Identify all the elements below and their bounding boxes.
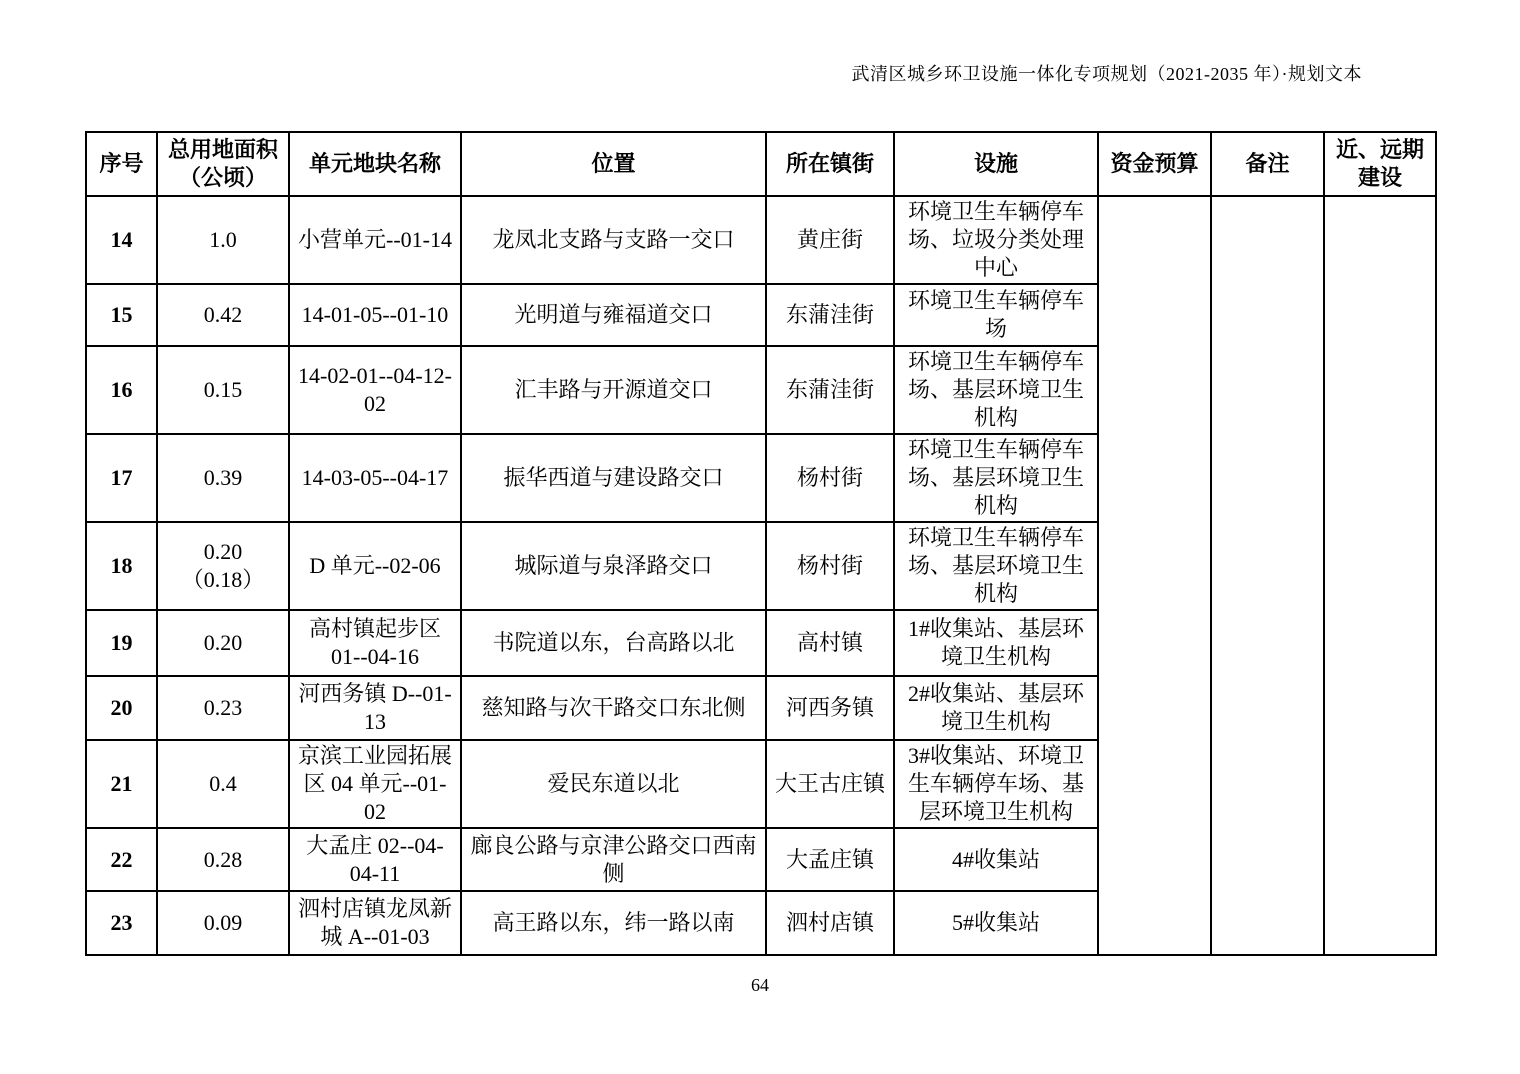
cell-location: 慈知路与次干路交口东北侧: [461, 676, 766, 740]
cell-no: 19: [86, 610, 157, 676]
cell-name: 河西务镇 D--01-13: [289, 676, 461, 740]
cell-facility: 4#收集站: [894, 828, 1098, 891]
cell-name: 小营单元--01-14: [289, 196, 461, 284]
header-unit-plot-name: 单元地块名称: [289, 132, 461, 196]
cell-area: 0.28: [157, 828, 289, 891]
table-header-row: 序号 总用地面积 （公顷） 单元地块名称 位置 所在镇街 设施 资金预算 备注 …: [86, 132, 1436, 196]
header-serial-number: 序号: [86, 132, 157, 196]
header-budget: 资金预算: [1098, 132, 1211, 196]
cell-location: 高王路以东，纬一路以南: [461, 891, 766, 955]
cell-location: 廊良公路与京津公路交口西南侧: [461, 828, 766, 891]
cell-location: 爱民东道以北: [461, 740, 766, 828]
cell-no: 23: [86, 891, 157, 955]
header-facility: 设施: [894, 132, 1098, 196]
header-remarks: 备注: [1211, 132, 1324, 196]
cell-no: 17: [86, 434, 157, 522]
cell-no: 16: [86, 346, 157, 434]
cell-town: 东蒲洼街: [766, 284, 894, 346]
cell-area: 0.4: [157, 740, 289, 828]
cell-area: 1.0: [157, 196, 289, 284]
cell-location: 城际道与泉泽路交口: [461, 522, 766, 610]
cell-location: 龙凤北支路与支路一交口: [461, 196, 766, 284]
cell-name: 京滨工业园拓展区 04 单元--01-02: [289, 740, 461, 828]
cell-remarks-merged: [1211, 196, 1324, 955]
cell-no: 20: [86, 676, 157, 740]
cell-facility: 环境卫生车辆停车场、基层环境卫生机构: [894, 434, 1098, 522]
header-phase: 近、远期 建设: [1324, 132, 1436, 196]
document-page: 武清区城乡环卫设施一体化专项规划（2021-2035 年）·规划文本 序号 总用…: [0, 0, 1520, 1074]
cell-name: 高村镇起步区 01--04-16: [289, 610, 461, 676]
cell-no: 21: [86, 740, 157, 828]
header-total-land-area: 总用地面积 （公顷）: [157, 132, 289, 196]
cell-name: 14-03-05--04-17: [289, 434, 461, 522]
cell-location: 光明道与雍福道交口: [461, 284, 766, 346]
cell-no: 14: [86, 196, 157, 284]
cell-facility: 3#收集站、环境卫生车辆停车场、基层环境卫生机构: [894, 740, 1098, 828]
cell-no: 22: [86, 828, 157, 891]
cell-town: 河西务镇: [766, 676, 894, 740]
cell-location: 振华西道与建设路交口: [461, 434, 766, 522]
cell-phase-merged: [1324, 196, 1436, 955]
cell-area: 0.42: [157, 284, 289, 346]
cell-name: 14-02-01--04-12-02: [289, 346, 461, 434]
header-location: 位置: [461, 132, 766, 196]
cell-area: 0.15: [157, 346, 289, 434]
cell-area: 0.09: [157, 891, 289, 955]
cell-facility: 5#收集站: [894, 891, 1098, 955]
cell-facility: 环境卫生车辆停车场、基层环境卫生机构: [894, 522, 1098, 610]
cell-facility: 环境卫生车辆停车场: [894, 284, 1098, 346]
cell-town: 大孟庄镇: [766, 828, 894, 891]
cell-no: 15: [86, 284, 157, 346]
cell-town: 杨村街: [766, 434, 894, 522]
cell-budget-merged: [1098, 196, 1211, 955]
cell-area: 0.39: [157, 434, 289, 522]
header-town-street: 所在镇街: [766, 132, 894, 196]
cell-town: 高村镇: [766, 610, 894, 676]
cell-facility: 环境卫生车辆停车场、垃圾分类处理中心: [894, 196, 1098, 284]
cell-facility: 环境卫生车辆停车场、基层环境卫生机构: [894, 346, 1098, 434]
cell-name: 大孟庄 02--04-04-11: [289, 828, 461, 891]
cell-facility: 1#收集站、基层环境卫生机构: [894, 610, 1098, 676]
cell-name: 14-01-05--01-10: [289, 284, 461, 346]
cell-town: 杨村街: [766, 522, 894, 610]
cell-facility: 2#收集站、基层环境卫生机构: [894, 676, 1098, 740]
cell-town: 东蒲洼街: [766, 346, 894, 434]
cell-area: 0.20: [157, 610, 289, 676]
cell-location: 书院道以东，台高路以北: [461, 610, 766, 676]
cell-town: 大王古庄镇: [766, 740, 894, 828]
cell-town: 泗村店镇: [766, 891, 894, 955]
cell-area: 0.23: [157, 676, 289, 740]
facility-plan-table: 序号 总用地面积 （公顷） 单元地块名称 位置 所在镇街 设施 资金预算 备注 …: [85, 131, 1437, 956]
table-row: 14 1.0 小营单元--01-14 龙凤北支路与支路一交口 黄庄街 环境卫生车…: [86, 196, 1436, 284]
cell-no: 18: [86, 522, 157, 610]
cell-town: 黄庄街: [766, 196, 894, 284]
cell-location: 汇丰路与开源道交口: [461, 346, 766, 434]
document-header: 武清区城乡环卫设施一体化专项规划（2021-2035 年）·规划文本: [852, 60, 1363, 86]
cell-area: 0.20 （0.18）: [157, 522, 289, 610]
cell-name: 泗村店镇龙凤新城 A--01-03: [289, 891, 461, 955]
page-number: 64: [0, 975, 1520, 996]
cell-name: D 单元--02-06: [289, 522, 461, 610]
